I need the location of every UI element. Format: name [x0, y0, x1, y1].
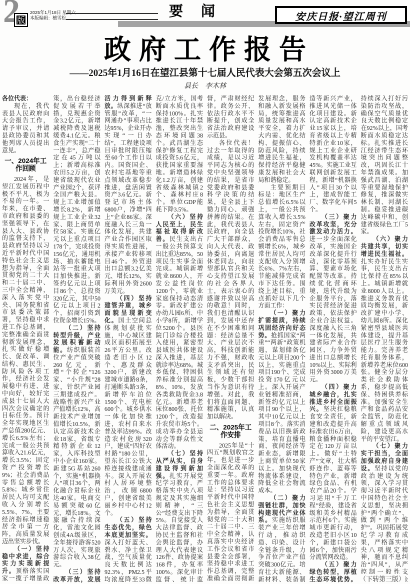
body-paragraph: （三）聚力改革攻坚，充分激发动力活力。进一步全面深化改革，实施国企改革深化提升行…: [310, 213, 357, 383]
article-title: 政府工作报告: [0, 35, 410, 65]
newspaper-page: 2 版 2025年1月18日 星期六 本版编辑：檀雪松 要 闻 安庆日报·望江周…: [0, 0, 410, 584]
paragraph-lead: （三）聚力改革攻坚，充分激发动力活力。: [310, 213, 357, 235]
paragraph-lead: （二）聚力强链壮群，加快构建现代产业体系。: [258, 495, 305, 524]
headline-block: 政府工作报告 ——2025年1月16日在望江县第十七届人民代表大会第五次会议上 …: [0, 35, 410, 91]
paragraph-lead: （四）聚力城乡融合，扎实推进乡村全面振兴。: [310, 384, 357, 413]
salutation: 各位代表：: [2, 95, 49, 102]
article-body: 各位代表：现在，我代表县人民政府向大会报告工作，请予审议，并请县政协委员和其他列…: [2, 95, 408, 583]
body-paragraph: （四）聚力城乡融合，扎实推进乡村全面振兴。坚决扛稳粮食安全责任，新建和改造提升高…: [310, 384, 357, 562]
paragraph-lead: （五）坚持生态优先，绿色本底更加坚实。: [105, 517, 152, 539]
body-paragraph: 现在，我代表县人民政府向大会报告工作，请予审议，并请县政协委员和其他列席人员提出…: [2, 102, 49, 154]
section-heading: 二、2025年工作安排: [207, 424, 254, 439]
paragraph-lead: （七）坚持从严从实，自身建设得到新加强。: [156, 450, 203, 479]
paragraph-lead: （五）聚力绿色转型，厚植生态环境优势。: [310, 561, 357, 583]
paragraph-lead: （一）坚持稳中求进，综合实力实现新提升。: [2, 545, 49, 574]
body-paragraph: 主要预期目标是：地区生产总值增长6.5%以上，一般公共预算收入增长3.5%左右，…: [258, 184, 305, 310]
article-subtitle: ——2025年1月16日在望江县第十七届人民代表大会第五次会议上: [0, 69, 410, 80]
paragraph-lead: （四）坚持建管并重，城乡面貌呈现新变化。: [105, 295, 152, 324]
paragraph-lead: （七）聚力实干担当，全面加强政府自身建设。: [361, 443, 408, 472]
text-columns: 各位代表：现在，我代表县人民政府向大会报告工作，请予审议，并请县政协委员和其他列…: [2, 95, 408, 583]
body-paragraph: （一）聚力扩需提质，持续巩固经济向好态势。抢抓国家“两重”“两新”政策机遇，谋划…: [258, 310, 305, 495]
body-paragraph: 各位代表！过去一年取得的成绩，是以习近平同志为核心的党中央坚强领导的结果，是省市…: [207, 139, 254, 420]
body-paragraph: （四）坚持建管并重，城乡面貌呈现新变化。国土空间总体规划获批实施，中心城区建成区…: [105, 295, 152, 517]
paragraph-lead: （六）坚持人民至上，民生福祉取得新改善。: [156, 213, 203, 242]
article-author: 县长 李木林: [0, 82, 410, 91]
paragraph-lead: （一）聚力扩需提质，持续巩固经济向好态势。: [258, 310, 305, 339]
continuation-note: （下转第三版）: [357, 574, 406, 583]
section-heading: 一、2024年工作回顾: [2, 158, 49, 173]
body-paragraph: （六）坚持人民至上，民生福祉取得新改善。民生支出占一般公共预算支出比重达85%，…: [156, 213, 203, 450]
masthead: 2 版 2025年1月18日 星期六 本版编辑：檀雪松 要 闻 安庆日报·望江周…: [0, 0, 410, 30]
paragraph-lead: （六）聚力共建共享，切实增进民生福祉。: [361, 236, 408, 258]
body-paragraph: （二）坚持转型升级，产业发展积蓄新动能。纺织服装首位产业产值突破260亿元，新增…: [53, 324, 100, 568]
paper-name-box: 安庆日报·望江周刊: [275, 6, 407, 24]
body-paragraph: （六）聚力共建共享，切实增进民生福祉。扎实办好民生实事，民生支出占比保持在85%…: [361, 236, 408, 443]
body-paragraph: 2024年，是望江发展历程中极不平凡、极为不易的一年。一年来，在市委、市政府和县…: [2, 175, 49, 545]
paragraph-lead: （二）坚持转型升级，产业发展积蓄新动能。: [53, 324, 100, 353]
